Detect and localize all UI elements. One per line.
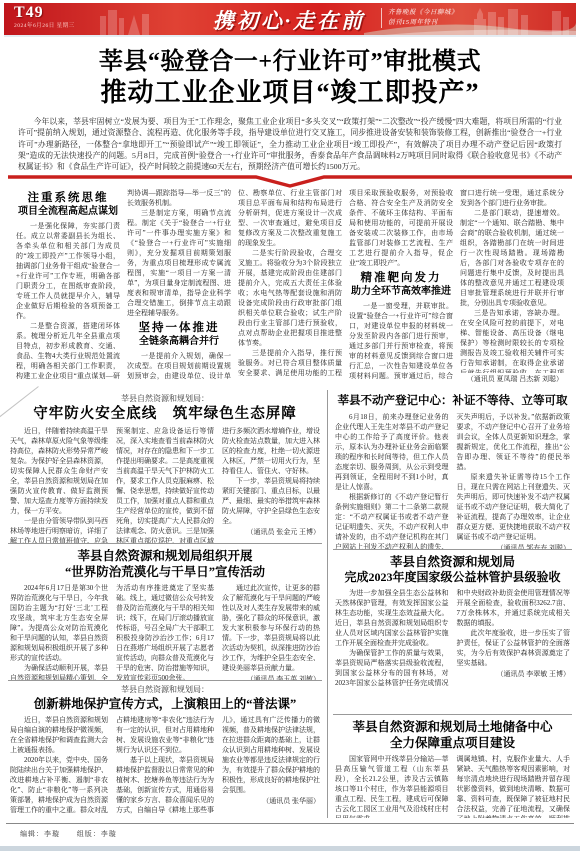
footer-editor: 编辑：李璇: [20, 830, 60, 838]
lead-intro: 今年以来，莘县牢固树立“发展为要、项目为王”工作理念，聚焦工业企业项目“多头交叉…: [18, 116, 562, 172]
banner-subtitle-block: 齐鲁晚报《今日聊城》 创刊15周年特刊: [381, 8, 458, 28]
article-title: 守牢防火安全底线 筑牢绿色生态屏障: [10, 405, 320, 423]
article-kicker: 莘县自然资源和规划局：: [10, 393, 320, 404]
article-body: 2024年6月17日是第30个世界防治荒漠化与干旱日，今年我国防治主题为“打好‘…: [10, 583, 320, 681]
subhead-system-thinking: 注重系统思维 项目全流程高起点谋划: [16, 191, 120, 218]
article-title: 莘县自然资源和规划局土地储备中心 全力保障重点项目建设: [335, 719, 570, 751]
headline-line-1: 莘县“验登合一+行业许可”审批模式: [0, 47, 580, 77]
banner-subtitle-line2: 创刊15周年特刊: [388, 18, 458, 28]
article-byline: （通讯员 张金元 王博）: [222, 527, 320, 537]
article-kicker: 莘县自然资源和规划局：: [10, 684, 320, 695]
article-body: 6月18日，前来办理登记业务的企业代理人王先生对莘县不动产登记中心的工作给予了高…: [335, 412, 570, 550]
article-body: 国家管网中开线莘县分输站—莘县高压输气管道工程（山东莘县段），全长21.2公里，…: [335, 754, 570, 818]
subhead-precise-targeting: 精准靶向发力 助力全环节高效率推进: [349, 271, 453, 298]
article-byline: （通讯员 李玉英 刘敏）: [222, 674, 320, 681]
article-desertification-day: 莘县自然资源和规划局组织开展 “世界防治荒漠化与干旱日”宣传活动 2024年6月…: [8, 544, 322, 681]
article-real-estate-center: 莘县不动产登记中心：补证不等待、立等可取 6月18日，前来办理登记业务的企业代理…: [333, 390, 572, 550]
lead-byline: （通讯员 夏凤瑞 吕杰新 刘聪）: [459, 373, 564, 384]
article-title: 莘县自然资源和规划局 完成2023年度国家级公益林管护县级验收: [335, 554, 570, 585]
masthead-banner: T49 2024年6月26日 星期三 携初心·走在前 齐鲁晚报《今日聊城》 创刊…: [4, 3, 576, 37]
article-title: 莘县不动产登记中心：补证不等待、立等可取: [335, 394, 570, 409]
lead-article-body: 注重系统思维 项目全流程高起点谋划 一是强化保障，夯实部门责任。成立以常委副县长…: [16, 188, 564, 384]
article-body: 近日，莘县自然资源和规划局自编自演的耕地保护微视频，在全省耕地保护和调查监测大会…: [10, 715, 320, 815]
footer-layout: 组版：李璇: [77, 830, 117, 838]
article-title: 创新耕地保护宣传方式，上演粮田上的“普法课”: [10, 696, 320, 712]
article-public-forest-acceptance: 莘县自然资源和规划局 完成2023年度国家级公益林管护县级验收 为进一步加强全县…: [333, 550, 572, 715]
headline-line-2: 推动工业企业项目“竣工即投产”: [0, 77, 580, 109]
red-divider: [0, 174, 580, 188]
lower-right-column: 莘县不动产登记中心：补证不等待、立等可取 6月18日，前来办理登记业务的企业代理…: [328, 390, 572, 818]
article-byline: （通讯员 邹卉卉 刘聪）: [457, 543, 571, 550]
subhead-integrated-advance: 坚持一体推进 全链条高耦合并行: [127, 321, 231, 348]
edition-label: T49: [14, 4, 75, 21]
newspaper-page: T49 2024年6月26日 星期三 携初心·走在前 齐鲁晚报《今日聊城》 创刊…: [0, 0, 580, 851]
lower-sections: 莘县自然资源和规划局： 守牢防火安全底线 筑牢绿色生态屏障 近日，伴随着持续高温…: [8, 390, 572, 818]
edition-date: 2024年6月26日 星期三: [14, 21, 75, 29]
article-body: 近日，伴随着持续高温干旱天气，森林草原火险气象等级维持高位，森林防火形势异常严峻…: [10, 426, 320, 544]
article-fire-safety: 莘县自然资源和规划局： 守牢防火安全底线 筑牢绿色生态屏障 近日，伴随着持续高温…: [8, 390, 322, 544]
lead-headline: 莘县“验登合一+行业许可”审批模式 推动工业企业项目“竣工即投产”: [0, 47, 580, 109]
article-farmland-protection: 莘县自然资源和规划局： 创新耕地保护宣传方式，上演粮田上的“普法课” 近日，莘县…: [8, 681, 322, 818]
article-byline: （通讯员 张华丽）: [222, 796, 320, 806]
footer-credits: 编辑：李璇 组版：李璇: [6, 824, 574, 839]
article-body: 为进一步加强全县生态公益林和天然林保护管理，有效发挥国家公益林生态功能，实现生态…: [335, 588, 570, 688]
article-title: 莘县自然资源和规划局组织开展 “世界防治荒漠化与干旱日”宣传活动: [10, 548, 320, 580]
banner-subtitle-line1: 齐鲁晚报《今日聊城》: [388, 8, 458, 18]
edition-block: T49 2024年6月26日 星期三: [14, 4, 75, 29]
article-byline: （通讯员 李翠敏 王博）: [457, 669, 571, 679]
page-footer: 编辑：李璇 组版：李璇: [6, 823, 574, 846]
page-bottom-strip: [0, 846, 580, 851]
article-land-reserve-center: 莘县自然资源和规划局土地储备中心 全力保障重点项目建设 国家管网中开线莘县分输站…: [333, 715, 572, 818]
banner-title: 携初心·走在前: [213, 9, 365, 33]
lower-left-column: 莘县自然资源和规划局： 守牢防火安全底线 筑牢绿色生态屏障 近日，伴随着持续高温…: [8, 390, 328, 818]
